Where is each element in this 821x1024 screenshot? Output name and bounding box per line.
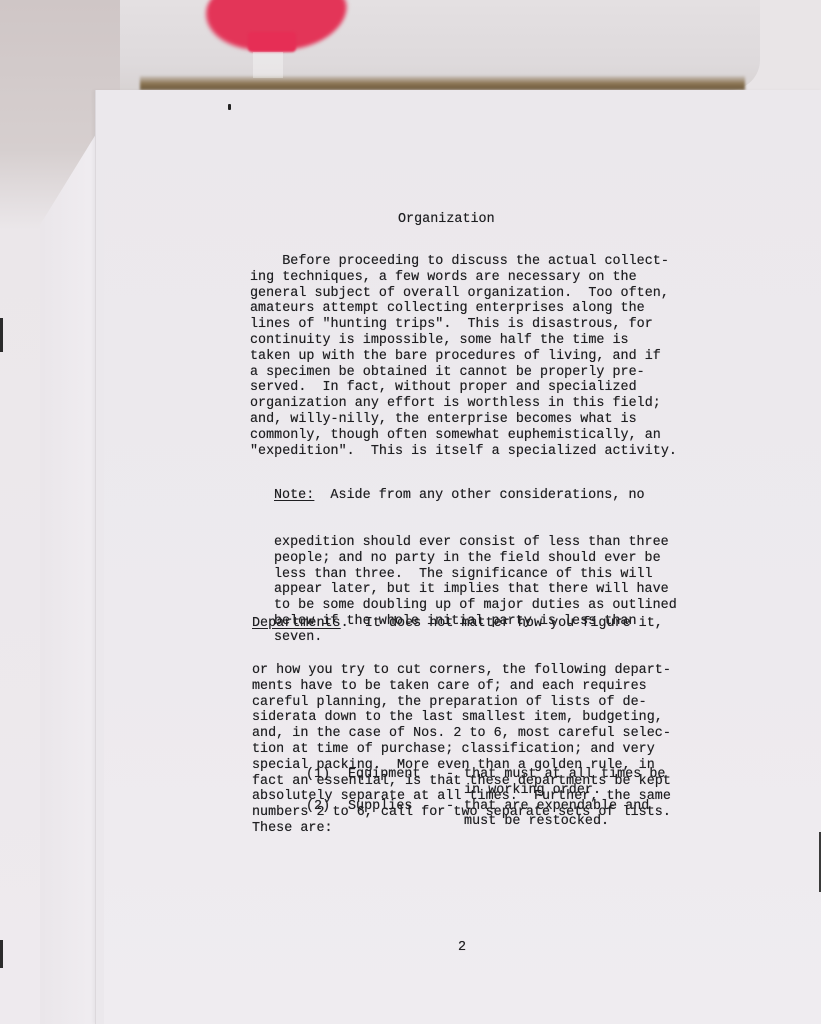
text-line: taken up with the bare procedures of liv…: [250, 349, 677, 365]
list-dash: [446, 783, 456, 799]
list-number: (2): [306, 799, 348, 815]
list-term: Equipment: [348, 767, 446, 783]
text-line: less than three. The significance of thi…: [274, 567, 677, 583]
note-first-line: Aside from any other considerations, no: [314, 488, 644, 503]
text-line: expedition should ever consist of less t…: [274, 535, 677, 551]
text-line: people; and no party in the field should…: [274, 551, 677, 567]
text-line: general subject of overall organization.…: [250, 286, 677, 302]
text-line: Before proceeding to discuss the actual …: [250, 254, 677, 270]
list-description: that are expendable and: [456, 799, 649, 815]
list-item: must be restocked.: [306, 814, 665, 830]
departments-label: Departments: [252, 616, 341, 631]
text-line: or how you try to cut corners, the follo…: [252, 663, 671, 679]
list-item: (1)Equipment- that must at all times be: [306, 767, 665, 783]
clip-reflection: [253, 52, 283, 78]
folder-edge-shadow: [140, 76, 745, 90]
page-title: Organization: [398, 212, 495, 228]
departments-list: (1)Equipment- that must at all times be …: [306, 767, 665, 830]
text-line: and, willy-nilly, the enterprise becomes…: [250, 412, 677, 428]
intro-paragraph: Before proceeding to discuss the actual …: [250, 254, 677, 459]
list-item: in working order.: [306, 783, 665, 799]
text-line: lines of "hunting trips". This is disast…: [250, 317, 677, 333]
text-line: and, in the case of Nos. 2 to 6, most ca…: [252, 726, 671, 742]
red-clip-stem: [248, 32, 296, 52]
edge-mark: [0, 318, 3, 352]
list-term: [348, 783, 446, 799]
page-number: 2: [458, 940, 466, 956]
text-line: commonly, though often somewhat euphemis…: [250, 428, 677, 444]
text-line: a specimen be obtained it cannot be prop…: [250, 365, 677, 381]
text-line: careful planning, the preparation of lis…: [252, 695, 671, 711]
list-item: (2)Supplies- that are expendable and: [306, 799, 665, 815]
text-line: ing techniques, a few words are necessar…: [250, 270, 677, 286]
departments-first-line: . It does not matter how you figure it,: [341, 616, 663, 631]
list-number: [306, 814, 348, 830]
text-line: organization any effort is worthless in …: [250, 396, 677, 412]
list-description: must be restocked.: [456, 814, 609, 830]
text-line: amateurs attempt collecting enterprises …: [250, 301, 677, 317]
note-label: Note:: [274, 488, 314, 503]
list-dash: -: [446, 799, 456, 815]
list-description: that must at all times be: [456, 767, 665, 783]
text-line: continuity is impossible, some half the …: [250, 333, 677, 349]
list-dash: -: [446, 767, 456, 783]
list-term: [348, 814, 446, 830]
text-line: tion at time of purchase; classification…: [252, 742, 671, 758]
ink-speck: [228, 104, 231, 110]
list-description: in working order.: [456, 783, 601, 799]
list-number: (1): [306, 767, 348, 783]
list-number: [306, 783, 348, 799]
text-line: ments have to be taken care of; and each…: [252, 679, 671, 695]
text-line: served. In fact, without proper and spec…: [250, 380, 677, 396]
list-term: Supplies: [348, 799, 446, 815]
edge-mark: [0, 940, 3, 968]
text-line: siderata down to the last smallest item,…: [252, 710, 671, 726]
list-dash: [446, 814, 456, 830]
